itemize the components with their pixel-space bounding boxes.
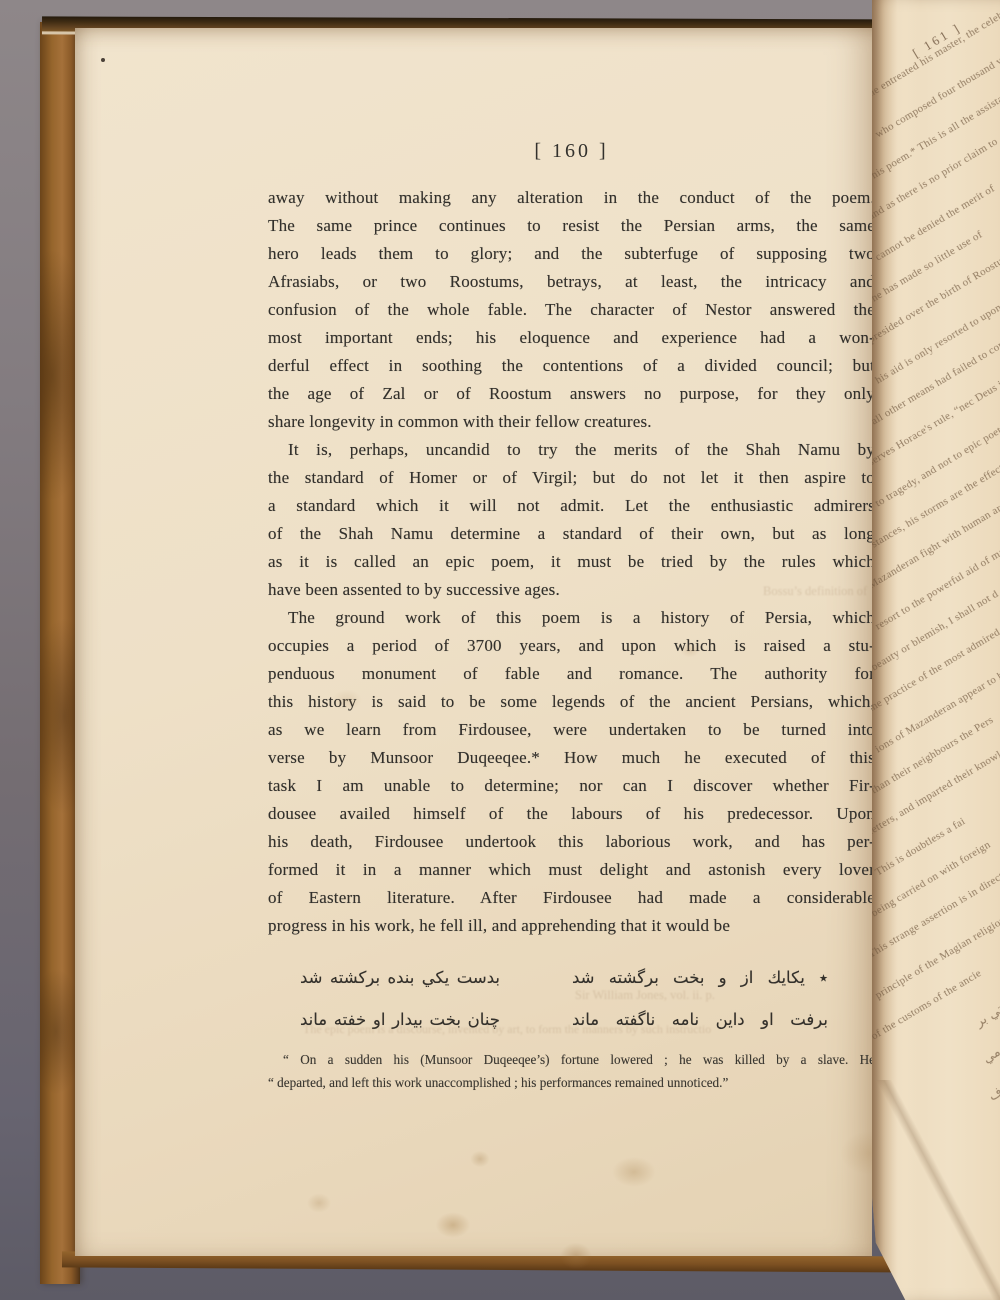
foxing-stain [467, 1148, 493, 1170]
page-160-text-block: [ 160 ] away without making any alterati… [268, 140, 875, 1094]
turning-page-161-edge: [ 161 ]he entreated his master, the cele… [872, 0, 1000, 1300]
foxing-stain [327, 686, 367, 714]
verse-hemistich-left: بدست يكي بنده بركشته شد [300, 968, 500, 987]
body-text-line: the age of Zal or of Roostum answers no … [268, 380, 875, 408]
body-text-line: formed it in a manner which must delight… [268, 856, 875, 884]
body-text-line: share longevity in common with their fel… [268, 408, 875, 436]
body-text-line: Afrasiabs, or two Roostums, betrays, at … [268, 268, 875, 296]
body-text-line: of Eastern literature. After Firdousee h… [268, 884, 875, 912]
body-text-line: dousee availed himself of the labours of… [268, 800, 875, 828]
body-text-line: as we learn from Firdousee, were underta… [268, 716, 875, 744]
body-text-line: confusion of the whole fable. The charac… [268, 296, 875, 324]
page-160: [ 160 ] away without making any alterati… [75, 28, 872, 1256]
body-text: away without making any alteration in th… [268, 184, 875, 940]
body-text-line: The ground work of this poem is a histor… [268, 604, 875, 632]
ghost-fragment: Bossu’s definition of [763, 584, 867, 599]
ink-speck [101, 58, 105, 62]
page-161-partial-text: [ 161 ]he entreated his master, the cele… [876, 46, 1000, 1194]
body-text-line: of the Shah Namu determine a standard of… [268, 520, 875, 548]
foxing-stain [605, 1152, 663, 1192]
verse-row: بدست يكي بنده بركشته شد ٭ يكايك از و بخت… [268, 956, 828, 998]
body-text-line: most important ends; his eloquence and e… [268, 324, 875, 352]
verse-hemistich-right: ٭ يكايك از و بخت برگشته شد [572, 968, 828, 987]
body-text-line: derful effect in soothing the contention… [268, 352, 875, 380]
body-text-line: hero leads them to glory; and the subter… [268, 240, 875, 268]
body-text-line: a standard which it will not admit. Let … [268, 492, 875, 520]
body-text-line: progress in his work, he fell ill, and a… [268, 912, 875, 940]
ghost-fragment: Sir William Jones, vol. ii. p. [575, 988, 715, 1003]
body-text-line: verse by Munsoor Duqeeqee.* How much he … [268, 744, 875, 772]
body-text-line: task I am unable to determine; nor can I… [268, 772, 875, 800]
foxing-stain [430, 1208, 476, 1242]
foxing-stain [303, 1190, 335, 1216]
page-number-heading: [ 160 ] [268, 140, 875, 170]
body-text-line: the standard of Homer or of Virgil; but … [268, 464, 875, 492]
ghost-fragment: The epic poem is a discourse, invented b… [303, 1022, 711, 1037]
foxing-stain [677, 640, 703, 660]
foxing-stain [555, 1238, 597, 1274]
body-text-line: his death, Firdousee undertook this labo… [268, 828, 875, 856]
book-spine-leather [40, 22, 80, 1284]
body-text-line: The same prince continues to resist the … [268, 212, 875, 240]
body-text-line: as it is called an epic poem, it must be… [268, 548, 875, 576]
body-text-line: penduous monument of fable and romance. … [268, 660, 875, 688]
body-text-line: away without making any alteration in th… [268, 184, 875, 212]
footnote-line: “ On a sudden his (Munsoor Duqeeqee’s) f… [268, 1048, 875, 1071]
body-text-line: occupies a period of 3700 years, and upo… [268, 632, 875, 660]
body-text-line: It is, perhaps, uncandid to try the meri… [268, 436, 875, 464]
footnote: “ On a sudden his (Munsoor Duqeeqee’s) f… [268, 1048, 875, 1094]
footnote-line: “ departed, and left this work unaccompl… [268, 1071, 875, 1094]
book-photograph: [ 160 ] away without making any alterati… [0, 0, 1000, 1300]
